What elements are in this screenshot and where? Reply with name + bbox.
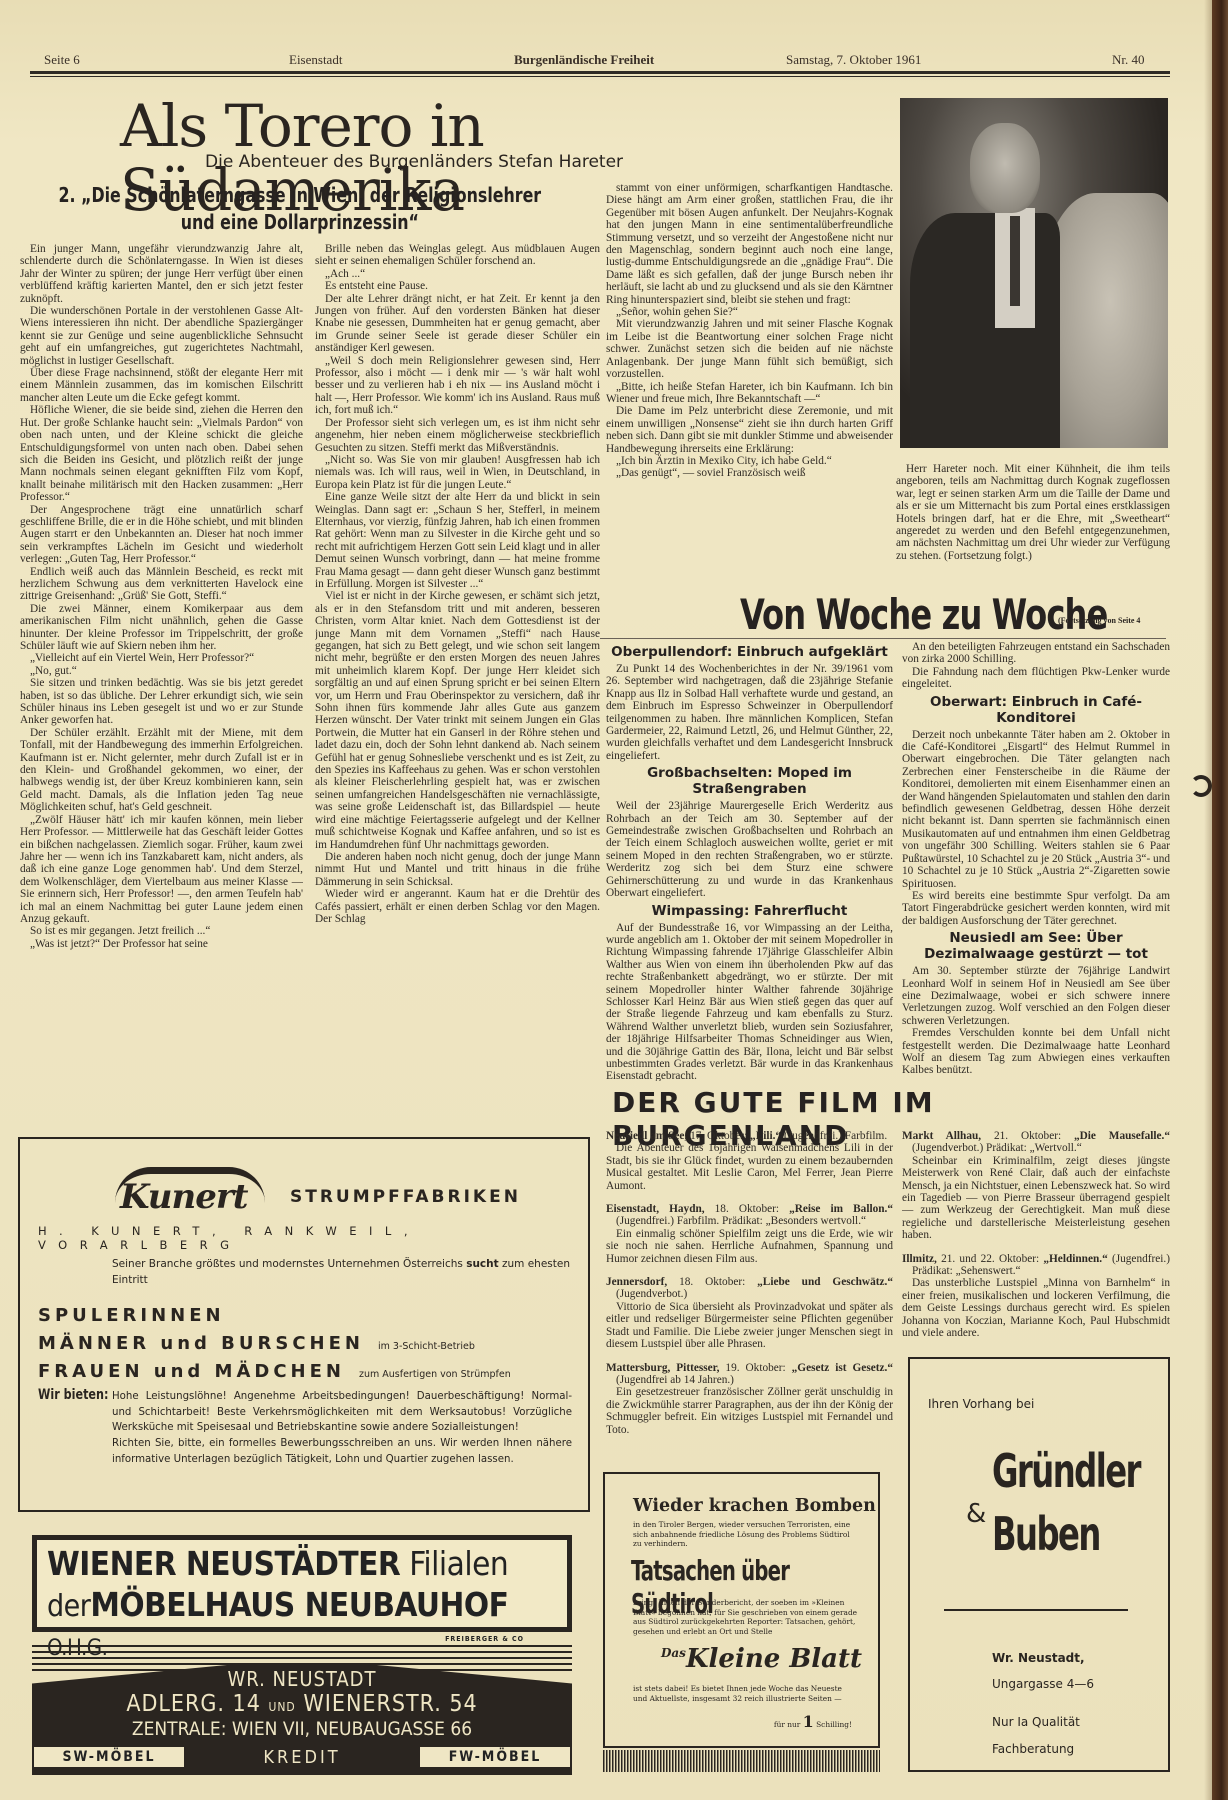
news-heading: Oberwart: Einbruch in Café-Konditorei (902, 694, 1170, 726)
kunert-job-3: FRAUEN und MÄDCHENzum Ausfertigen von St… (38, 1361, 511, 1382)
kb-barcode-stripes (603, 1750, 880, 1772)
article-paragraph: „Nicht so. Was Sie von mir glauben! Ausg… (315, 454, 600, 491)
film-entry-heading: Mattersburg, Pittesser, 19. Oktober: „Ge… (606, 1362, 893, 1387)
kunert-address: H. KUNERT, RANKWEIL, VORARLBERG (38, 1224, 588, 1252)
kb-logo: DasKleine Blatt (661, 1644, 862, 1674)
film-place: Mattersburg, Pittesser, (606, 1362, 719, 1374)
kunert-offer: Hohe Leistungslöhne! Angenehme Arbeitsbe… (112, 1389, 572, 1468)
film-rating: (Jugendfrei.) Farbfilm. Prädikat: „Beson… (616, 1215, 866, 1227)
film-date: 21. und 22. Oktober: (937, 1253, 1044, 1265)
ad-gruendler: Ihren Vorhang bei Gründler & Buben Wr. N… (908, 1357, 1170, 1772)
kunert-job-3-note: zum Ausfertigen von Strümpfen (359, 1369, 511, 1380)
film-title: „Heldinnen.“ (1043, 1253, 1107, 1265)
article-paragraph: Über diese Frage nachsinnend, stößt der … (20, 367, 303, 404)
film-place: Jennersdorf, (606, 1276, 667, 1288)
chapter-title-line1: 2. „Die Schönlaterngasse in Wien, der Re… (20, 182, 580, 209)
weekly-continued-note: (Fortsetzung von Seite 4 (1058, 616, 1140, 625)
ad-kunert: Kunert STRUMPFFABRIKEN H. KUNERT, RANKWE… (18, 1137, 590, 1512)
article-paragraph: „Ich bin Ärztin in Mexiko City, ich habe… (606, 455, 893, 467)
place: Eisenstadt (289, 52, 342, 68)
film-description: Scheinbar ein Kriminalfilm, zeigt dieses… (902, 1155, 1170, 1242)
film-date: 18. Oktober: (705, 1203, 789, 1215)
kb-title: Wieder krachen Bomben (633, 1496, 876, 1516)
kb-logo-text: Kleine Blatt (686, 1644, 862, 1674)
article-paragraph: Der Professor sieht sich verlegen um, es… (315, 417, 600, 454)
kunert-job-2-note: im 3-Schicht-Betrieb (378, 1341, 475, 1352)
film-entry-heading: Markt Allhau, 21. Oktober: „Die Mausefal… (902, 1130, 1170, 1155)
kb-logo-small: Das (661, 1646, 686, 1660)
film-rating: (Jugendfrei ab 14 Jahren.) (616, 1374, 734, 1386)
article-paragraph: Herr Hareter noch. Mit einer Kühnheit, d… (896, 463, 1170, 562)
kunert-job-2: MÄNNER und BURSCHENim 3-Schicht-Betrieb (38, 1333, 475, 1354)
photo-jacket (910, 213, 1060, 448)
film-title: „Lili.“ (750, 1130, 781, 1142)
news-heading: Großbachselten: Moped im Straßengraben (606, 765, 893, 797)
moebel-central: ZENTRALE: WIEN VII, NEUBAUGASSE 66 (32, 1718, 572, 1740)
moebel-address: ADLERG. 14 UND WIENERSTR. 54 (32, 1691, 572, 1717)
film-entry-heading: Eisenstadt, Haydn, 18. Oktober: „Reise i… (606, 1203, 893, 1228)
article-column-3: stammt von einer unförmigen, scharfkanti… (606, 182, 893, 597)
film-description: Das unsterbliche Lustspiel „Minna von Ba… (902, 1277, 1170, 1339)
film-rating: (Jugendverbot.) Prädikat: „Wertvoll.“ (912, 1142, 1082, 1154)
article-paragraph: „No, gut.“ (20, 665, 303, 677)
film-rating: (Jugendverbot.) (616, 1288, 687, 1300)
news-paragraph: Die Fahndung nach dem flüchtigen Pkw-Len… (902, 666, 1170, 691)
article-paragraph: So ist es mir gegangen. Jetzt freilich .… (20, 925, 303, 937)
header-rule (30, 71, 1170, 77)
film-place: Neusiedl am See, (606, 1130, 687, 1142)
kunert-brand: STRUMPFFABRIKEN (290, 1187, 521, 1207)
kunert-logo: Kunert (120, 1177, 248, 1217)
gr-city: Wr. Neustadt, (992, 1651, 1085, 1665)
binder-edge (1212, 0, 1228, 1800)
article-paragraph: „Ach ...“ (315, 268, 600, 280)
article-paragraph: „Was ist jetzt?“ Der Professor hat seine (20, 938, 303, 950)
film-gap (606, 1192, 893, 1199)
kb-text-1: in den Tiroler Bergen, wieder versuchen … (633, 1520, 858, 1549)
moebel-fw: FW-MÖBEL (420, 1747, 570, 1767)
article-paragraph: Höfliche Wiener, die sie beide sind, zie… (20, 404, 303, 503)
film-place: Eisenstadt, Haydn, (606, 1203, 705, 1215)
film-gap (606, 1351, 893, 1358)
moebel-address-und: UND (268, 1700, 295, 1714)
article-paragraph: Sie sitzen und trinken bedächtig. Was si… (20, 677, 303, 727)
kb-text-3: ist stets dabei! Es bietet Ihnen jede Wo… (633, 1684, 858, 1703)
moebel-line-2-bold: MÖBELHAUS NEUBAUHOF (90, 1585, 508, 1624)
article-paragraph: Die wunderschönen Portale in der verstoh… (20, 305, 303, 367)
article-paragraph: Der Angesprochene trägt eine unnatürlich… (20, 504, 303, 566)
moebel-address-a: ADLERG. 14 (126, 1691, 268, 1717)
page-number: Seite 6 (44, 52, 80, 68)
gr-name-2: Buben (992, 1507, 1100, 1561)
article-subheadline: Die Abenteuer des Burgenländers Stefan H… (205, 152, 725, 172)
article-paragraph: Der Schüler erzählt. Erzählt mit der Mie… (20, 727, 303, 814)
chapter-title: 2. „Die Schönlaterngasse in Wien, der Re… (20, 182, 580, 236)
article-paragraph: Eine ganze Weile sitzt der alte Herr da … (315, 491, 600, 590)
photo-tie (1010, 216, 1020, 306)
gr-tagline: Ihren Vorhang bei (928, 1397, 1034, 1411)
kb-text-2: bringt Ihnen der Sonderbericht, der soeb… (633, 1598, 858, 1636)
weekly-section-title: Von Woche zu Woche (740, 590, 1107, 639)
page-edge-shadow (1204, 0, 1212, 1800)
article-paragraph: Brille neben das Weinglas gelegt. Aus mü… (315, 243, 600, 268)
kunert-job-2-title: MÄNNER und BURSCHEN (38, 1333, 364, 1354)
weekly-column-1: Oberpullendorf: Einbruch aufgeklärtZu Pu… (606, 641, 893, 1081)
kunert-offer-text: Hohe Leistungslöhne! Angenehme Arbeitsbe… (112, 1389, 572, 1436)
film-gap (902, 1242, 1170, 1249)
kunert-offer-text-2: Richten Sie, bitte, ein formelles Bewerb… (112, 1436, 572, 1467)
film-description: Vittorio de Sica übersieht als Provinzad… (606, 1301, 893, 1351)
film-description: Ein einmalig schöner Spielfilm zeigt uns… (606, 1228, 893, 1265)
film-column-2: Markt Allhau, 21. Oktober: „Die Mausefal… (902, 1126, 1170, 1351)
article-paragraph: „Zwölf Häuser hätt' ich mir kaufen könne… (20, 814, 303, 926)
ad-kleine-blatt: Wieder krachen Bomben in den Tiroler Ber… (603, 1472, 880, 1748)
article-paragraph: „Señor, wohin gehen Sie?“ (606, 306, 893, 318)
article-paragraph: „Das genügt“, — soviel Französisch weiß (606, 467, 893, 479)
moebel-top-box: WIENER NEUSTÄDTER Filialen derMÖBELHAUS … (32, 1535, 572, 1632)
article-paragraph: „Weil S doch mein Religionslehrer gewese… (315, 355, 600, 417)
article-paragraph: Ein junger Mann, ungefähr vierundzwanzig… (20, 243, 303, 305)
gr-quality: Nur Ia Qualität (992, 1715, 1080, 1729)
film-entry-heading: Neusiedl am See, 17. Oktober: „Lili.“ (J… (606, 1130, 893, 1142)
article-paragraph: Es entsteht eine Pause. (315, 280, 600, 292)
film-entry-heading: Jennersdorf, 18. Oktober: „Liebe und Ges… (606, 1276, 893, 1301)
issue-number: Nr. 40 (1112, 52, 1145, 68)
film-title: „Reise im Ballon.“ (789, 1203, 893, 1215)
article-paragraph: Viel ist er nicht in der Kirche gewesen,… (315, 590, 600, 851)
issue-date: Samstag, 7. Oktober 1961 (786, 52, 921, 68)
weekly-column-2: An den beteiligten Fahrzeugen entstand e… (902, 641, 1170, 1081)
news-paragraph: Am 30. September stürzte der 76jährige L… (902, 965, 1170, 1027)
weekly-rule (600, 638, 1166, 639)
news-heading: Wimpassing: Fahrerflucht (606, 903, 893, 919)
news-paragraph: Weil der 23jährige Maurergeselle Erich W… (606, 800, 893, 899)
news-heading: Oberpullendorf: Einbruch aufgeklärt (606, 644, 893, 660)
news-paragraph: An den beteiligten Fahrzeugen entstand e… (902, 641, 1170, 666)
gr-service: Fachberatung (992, 1742, 1074, 1756)
kunert-intro: Seiner Branche größtes und modernstes Un… (112, 1256, 572, 1288)
article-paragraph: stammt von einer unförmigen, scharfkanti… (606, 182, 893, 306)
film-title: „Gesetz ist Gesetz.“ (792, 1362, 893, 1374)
photo-head (970, 123, 1040, 213)
kb-price-a: für nur (774, 1720, 803, 1729)
newspaper-name: Burgenländische Freiheit (514, 52, 654, 68)
news-paragraph: Derzeit noch unbekannte Täter haben am 2… (902, 729, 1170, 890)
gr-street: Ungargasse 4—6 (992, 1677, 1094, 1691)
news-paragraph: Es wird bereits eine bestimmte Spur verf… (902, 890, 1170, 927)
film-date: 19. Oktober: (719, 1362, 791, 1374)
newspaper-page: Seite 6 Eisenstadt Burgenländische Freih… (0, 0, 1228, 1800)
kb-price: für nur 1 Schilling! (774, 1712, 852, 1731)
gr-rule (944, 1609, 1128, 1611)
gr-ampersand: & (966, 1499, 986, 1529)
moebel-address-b: WIENERSTR. 54 (296, 1691, 478, 1717)
moebel-agency: FREIBERGER & CO (445, 1635, 524, 1643)
film-date: 17. Oktober: (687, 1130, 750, 1142)
kunert-offer-heading: Wir bieten: (38, 1387, 108, 1403)
article-paragraph: Die Dame im Pelz unterbricht diese Zerem… (606, 405, 893, 455)
chapter-title-line2: und eine Dollarprinzessin“ (20, 209, 580, 236)
moebel-line-1-bold: WIENER NEUSTÄDTER (47, 1544, 400, 1583)
kunert-job-1: SPULERINNEN (38, 1305, 225, 1326)
moebel-line-1: WIENER NEUSTÄDTER Filialen (47, 1544, 508, 1583)
article-column-2: Brille neben das Weinglas gelegt. Aus mü… (315, 243, 600, 1136)
article-column-4: Herr Hareter noch. Mit einer Kühnheit, d… (896, 463, 1170, 593)
moebel-city: WR. NEUSTADT (32, 1667, 572, 1691)
film-title: „Liebe und Geschwätz.“ (757, 1276, 893, 1288)
film-date: 18. Oktober: (667, 1276, 757, 1288)
portrait-photo (900, 98, 1168, 448)
moebel-line-1-thin: Filialen (400, 1544, 508, 1583)
news-heading: Neusiedl am See: Über Dezimalwaage gestü… (902, 930, 1170, 962)
moebel-line-2-thin: der (47, 1589, 90, 1624)
film-gap (606, 1265, 893, 1272)
news-paragraph: Auf der Bundesstraße 16, vor Wimpassing … (606, 922, 893, 1082)
film-description: Die Abenteuer des 16jährigen Waisenmädch… (606, 1142, 893, 1192)
article-paragraph: Endlich weiß auch das Männlein Bescheid,… (20, 566, 303, 603)
article-column-1: Ein junger Mann, ungefähr vierundzwanzig… (20, 243, 303, 1136)
ad-moebelhaus: WIENER NEUSTÄDTER Filialen derMÖBELHAUS … (32, 1535, 572, 1770)
article-paragraph: Der alte Lehrer drängt nicht, er hat Zei… (315, 293, 600, 355)
kunert-intro-bold: sucht (466, 1258, 498, 1270)
film-title: „Die Mausefalle.“ (1074, 1130, 1170, 1142)
news-paragraph: Zu Punkt 14 des Wochenberichtes in der N… (606, 663, 893, 762)
film-column-1: Neusiedl am See, 17. Oktober: „Lili.“ (J… (606, 1126, 893, 1451)
film-rating: (Jugendfrei.) Farbfilm. (781, 1130, 887, 1142)
article-paragraph: Wieder wird er angerannt. Kaum hat er di… (315, 888, 600, 925)
kb-price-b: Schilling! (814, 1720, 852, 1729)
article-paragraph: Mit vierundzwanzig Jahren und mit seiner… (606, 318, 893, 380)
film-entry-heading: Illmitz, 21. und 22. Oktober: „Heldinnen… (902, 1253, 1170, 1278)
kunert-job-3-title: FRAUEN und MÄDCHEN (38, 1361, 345, 1382)
kunert-intro-text: Seiner Branche größtes und modernstes Un… (112, 1258, 466, 1270)
film-date: 21. Oktober: (981, 1130, 1074, 1142)
film-place: Illmitz, (902, 1253, 937, 1265)
film-description: Ein gesetzestreuer französischer Zöllner… (606, 1386, 893, 1436)
article-paragraph: „Vielleicht auf ein Viertel Wein, Herr P… (20, 652, 303, 664)
article-paragraph: Die anderen haben noch nicht genug, doch… (315, 851, 600, 888)
gr-name-1: Gründler (992, 1444, 1140, 1498)
film-place: Markt Allhau, (902, 1130, 981, 1142)
news-paragraph: Fremdes Verschulden konnte bei dem Unfal… (902, 1027, 1170, 1077)
kb-price-num: 1 (803, 1712, 814, 1731)
article-paragraph: „Bitte, ich heiße Stefan Hareter, ich bi… (606, 381, 893, 406)
article-paragraph: Die zwei Männer, einem Komikerpaar aus d… (20, 603, 303, 653)
